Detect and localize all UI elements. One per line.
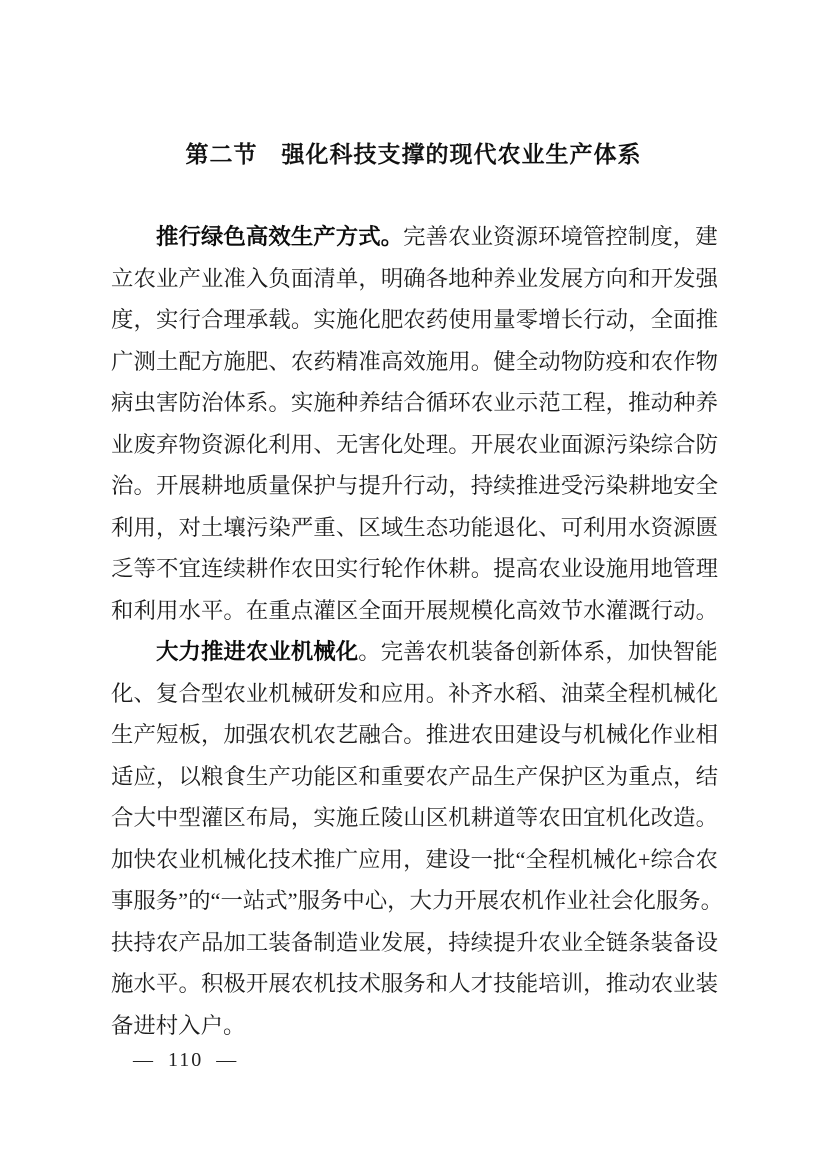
text-line: 事服务”的“一站式”服务中心，大力开展农机作业社会化服务。 [111, 880, 718, 922]
text-line: 立农业产业准入负面清单，明确各地种养业发展方向和开发强 [111, 258, 718, 300]
text-line: 推行绿色高效生产方式。完善农业资源环境管控制度，建 [111, 216, 718, 258]
text-line: 合大中型灌区布局，实施丘陵山区机耕道等农田宜机化改造。 [111, 797, 718, 839]
document-page: 第二节 强化科技支撑的现代农业生产体系 推行绿色高效生产方式。完善农业资源环境管… [0, 0, 827, 1169]
page-number: — 110 — [133, 1048, 238, 1072]
paragraph-green-production: 推行绿色高效生产方式。完善农业资源环境管控制度，建立农业产业准入负面清单，明确各… [111, 216, 718, 631]
text-line: 化、复合型农业机械研发和应用。补齐水稻、油菜全程机械化 [111, 673, 718, 715]
text-line: 治。开展耕地质量保护与提升行动，持续推进受污染耕地安全 [111, 465, 718, 507]
text-line: 利用，对土壤污染严重、区域生态功能退化、可利用水资源匮 [111, 507, 718, 549]
text-line: 广测土配方施肥、农药精准高效施用。健全动物防疫和农作物 [111, 341, 718, 383]
text-line: 大力推进农业机械化。完善农机装备创新体系，加快智能 [111, 631, 718, 673]
text-line: 生产短板，加强农机农艺融合。推进农田建设与机械化作业相 [111, 714, 718, 756]
text-line: 和利用水平。在重点灌区全面开展规模化高效节水灌溉行动。 [111, 590, 718, 632]
text-line: 适应，以粮食生产功能区和重要农产品生产保护区为重点，结 [111, 756, 718, 798]
text-line: 业废弃物资源化利用、无害化处理。开展农业面源污染综合防 [111, 424, 718, 466]
text-line: 度，实行合理承载。实施化肥农药使用量零增长行动，全面推 [111, 299, 718, 341]
body-text: 推行绿色高效生产方式。完善农业资源环境管控制度，建立农业产业准入负面清单，明确各… [111, 216, 718, 1046]
text-line: 病虫害防治体系。实施种养结合循环农业示范工程，推动种养 [111, 382, 718, 424]
text-line: 扶持农产品加工装备制造业发展，持续提升农业全链条装备设 [111, 922, 718, 964]
text-line: 施水平。积极开展农机技术服务和人才技能培训，推动农业装 [111, 963, 718, 1005]
text-line: 加快农业机械化技术推广应用，建设一批“全程机械化+综合农 [111, 839, 718, 881]
text-line: 乏等不宜连续耕作农田实行轮作休耕。提高农业设施用地管理 [111, 548, 718, 590]
paragraph-agricultural-mechanization: 大力推进农业机械化。完善农机装备创新体系，加快智能化、复合型农业机械研发和应用。… [111, 631, 718, 1046]
section-title: 第二节 强化科技支撑的现代农业生产体系 [0, 136, 827, 169]
text-line: 备进村入户。 [111, 1005, 718, 1047]
